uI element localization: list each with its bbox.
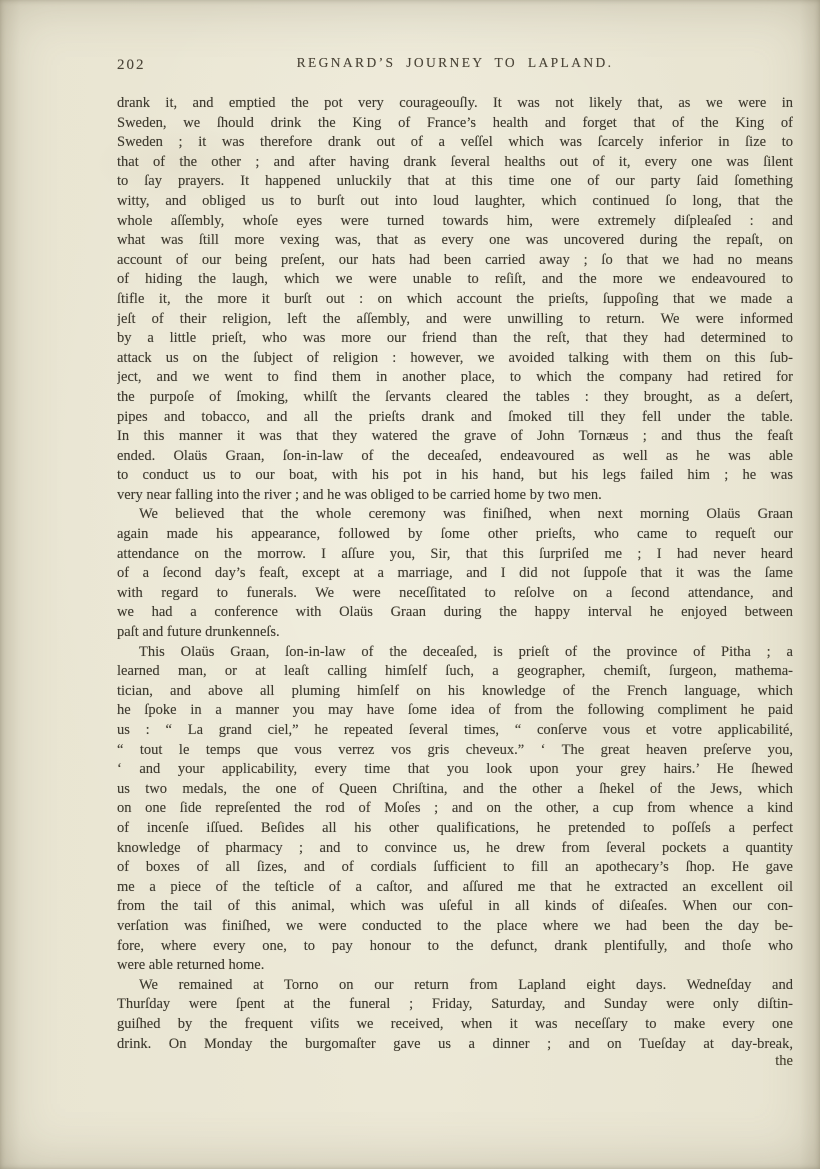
text-line: of hiding the laugh, which we were unabl… bbox=[117, 270, 793, 290]
running-title: REGNARD’S JOURNEY TO LAPLAND. bbox=[117, 55, 793, 71]
text-line: very near falling into the river ; and h… bbox=[117, 486, 793, 506]
text-line: me a piece of the teſticle of a caſtor, … bbox=[117, 878, 793, 898]
text-line: to conduct us to our boat, with his pot … bbox=[117, 466, 793, 486]
text-line: Sweden ; it was therefore drank out of a… bbox=[117, 133, 793, 153]
page-header: 202 REGNARD’S JOURNEY TO LAPLAND. bbox=[117, 55, 793, 75]
text-line: with regard to funerals. We were neceſſi… bbox=[117, 584, 793, 604]
text-line: attendance on the morrow. I aſſure you, … bbox=[117, 545, 793, 565]
text-line: on one ſide repreſented the rod of Moſes… bbox=[117, 799, 793, 819]
text-line: pipes and tobacco, and all the prieſts d… bbox=[117, 408, 793, 428]
text-line: what was ſtill more vexing was, that as … bbox=[117, 231, 793, 251]
text-line: We remained at Torno on our return from … bbox=[117, 976, 793, 996]
text-line: fore, where every one, to pay honour to … bbox=[117, 937, 793, 957]
text-line: ſtifle it, the more it burſt out : on wh… bbox=[117, 290, 793, 310]
text-line: the purpoſe of ſmoking, whilſt the ſerva… bbox=[117, 388, 793, 408]
text-line: of boxes of all ſizes, and of cordials ſ… bbox=[117, 858, 793, 878]
text-line: Thurſday were ſpent at the funeral ; Fri… bbox=[117, 995, 793, 1015]
text-line: that of the other ; and after having dra… bbox=[117, 153, 793, 173]
text-line: paſt and future drunkenneſs. bbox=[117, 623, 793, 643]
text-line: of a ſecond day’s feaſt, except at a mar… bbox=[117, 564, 793, 584]
text-line: attack us on the ſubject of religion : h… bbox=[117, 349, 793, 369]
text-line: learned man, or at leaſt calling himſelf… bbox=[117, 662, 793, 682]
text-line: witty, and obliged us to burſt out into … bbox=[117, 192, 793, 212]
text-line: This Olaüs Graan, ſon-in-law of the dece… bbox=[117, 643, 793, 663]
text-line: We believed that the whole ceremony was … bbox=[117, 505, 793, 525]
text-line: ‘ and your applicability, every time tha… bbox=[117, 760, 793, 780]
text-line: drink. On Monday the burgomaſter gave us… bbox=[117, 1035, 793, 1055]
text-line: guiſhed by the frequent viſits we receiv… bbox=[117, 1015, 793, 1035]
text-line: to ſay prayers. It happened unluckily th… bbox=[117, 172, 793, 192]
text-line: of incenſe iſſued. Beſides all his other… bbox=[117, 819, 793, 839]
text-line: by a little prieſt, who was more our fri… bbox=[117, 329, 793, 349]
text-line: ended. Olaüs Graan, ſon-in-law of the de… bbox=[117, 447, 793, 467]
text-line: were able returned home. bbox=[117, 956, 793, 976]
text-line: again made his appearance, followed by ſ… bbox=[117, 525, 793, 545]
text-line: drank it, and emptied the pot very coura… bbox=[117, 94, 793, 114]
text-line: tician, and above all pluming himſelf on… bbox=[117, 682, 793, 702]
text-line: whole aſſembly, whoſe eyes were turned t… bbox=[117, 212, 793, 232]
text-line: In this manner it was that they watered … bbox=[117, 427, 793, 447]
text-line: verſation was finiſhed, we were conducte… bbox=[117, 917, 793, 937]
text-line: knowledge of pharmacy ; and to convince … bbox=[117, 839, 793, 859]
text-line: he ſpoke in a manner you may have ſome i… bbox=[117, 701, 793, 721]
catchword: the bbox=[117, 1053, 793, 1070]
text-line: from the tail of this animal, which was … bbox=[117, 897, 793, 917]
text-line: ject, and we went to find them in anothe… bbox=[117, 368, 793, 388]
text-line: us two medals, the one of Queen Chriſtin… bbox=[117, 780, 793, 800]
text-line: account of our being preſent, our hats h… bbox=[117, 251, 793, 271]
body-text: drank it, and emptied the pot very coura… bbox=[117, 94, 793, 1054]
page-number: 202 bbox=[117, 57, 146, 74]
text-line: jeſt of their religion, left the aſſembl… bbox=[117, 310, 793, 330]
text-line: “ tout le temps que vous verrez vos gris… bbox=[117, 741, 793, 761]
text-line: us : “ La grand ciel,” he repeated ſever… bbox=[117, 721, 793, 741]
text-line: Sweden, we ſhould drink the King of Fran… bbox=[117, 114, 793, 134]
text-line: we had a conference with Olaüs Graan dur… bbox=[117, 603, 793, 623]
